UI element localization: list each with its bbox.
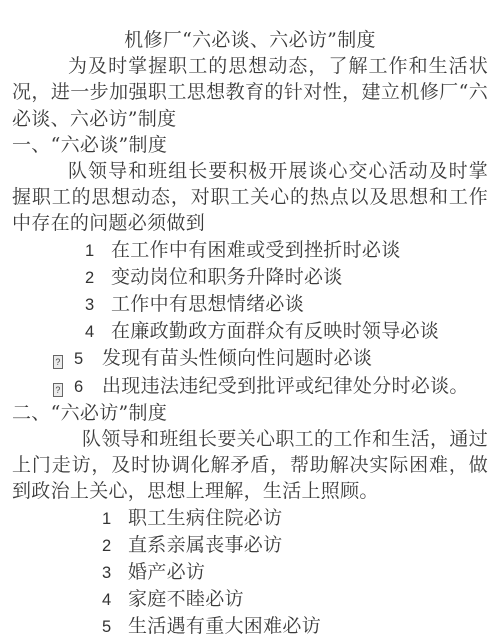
section1-body: 队领导和班组长要积极开展谈心交心活动及时掌握职工的思想动态，对职工关心的热点以及… (12, 158, 488, 237)
list-item: 2 直系亲属丧事必访 (12, 532, 488, 559)
item-text: 出现违法违纪受到批评或纪律处分时必谈。 (102, 373, 469, 399)
item-number: 6 (74, 374, 102, 400)
list-item: 5 生活遇有重大困难必访 (12, 613, 488, 637)
intro-paragraph: 为及时掌握职工的思想动态，了解工作和生活状况，进一步加强职工思想教育的针对性，建… (12, 53, 488, 132)
missing-glyph-box-icon: ? (53, 355, 63, 369)
item-number: 5 (74, 346, 102, 372)
list-item: 4 家庭不睦必访 (12, 586, 488, 613)
missing-glyph-box-icon: ? (53, 383, 63, 397)
list-item: ? 5 发现有苗头性倾向性问题时必谈 (12, 345, 488, 372)
item-number: 4 (102, 587, 128, 613)
item-text: 职工生病住院必访 (128, 505, 282, 531)
document-page: 机修厂“六必谈、六必访”制度 为及时掌握职工的思想动态，了解工作和生活状况，进一… (0, 0, 500, 637)
section1-heading: 一、“六必谈”制度 (12, 132, 488, 158)
section2-body: 队领导和班组长要关心职工的工作和生活，通过上门走访，及时协调化解矛盾，帮助解决实… (12, 426, 488, 505)
item-text: 生活遇有重大困难必访 (128, 613, 321, 637)
item-number: 2 (85, 265, 111, 291)
list-item: 3 工作中有思想情绪必谈 (12, 291, 488, 318)
section1-list: 1 在工作中有困难或受到挫折时必谈 2 变动岗位和职务升降时必谈 3 工作中有思… (12, 237, 488, 400)
item-text: 在廉政勤政方面群众有反映时领导必谈 (111, 318, 439, 344)
item-text: 变动岗位和职务升降时必谈 (111, 264, 343, 290)
section2-heading: 二、“六必访”制度 (12, 400, 488, 426)
item-number: 1 (102, 506, 128, 532)
document-title: 机修厂“六必谈、六必访”制度 (12, 27, 488, 53)
item-number: 3 (102, 560, 128, 586)
section2-list: 1 职工生病住院必访 2 直系亲属丧事必访 3 婚产必访 4 家庭不睦必访 5 … (12, 505, 488, 637)
item-number: 5 (102, 614, 128, 637)
item-text: 直系亲属丧事必访 (128, 532, 282, 558)
list-item: 3 婚产必访 (12, 559, 488, 586)
list-item: 2 变动岗位和职务升降时必谈 (12, 264, 488, 291)
item-text: 发现有苗头性倾向性问题时必谈 (102, 345, 372, 371)
list-item: 4 在廉政勤政方面群众有反映时领导必谈 (12, 318, 488, 345)
list-item: ? 6 出现违法违纪受到批评或纪律处分时必谈。 (12, 373, 488, 400)
item-text: 婚产必访 (128, 559, 205, 585)
list-item: 1 职工生病住院必访 (12, 505, 488, 532)
item-text: 工作中有思想情绪必谈 (111, 291, 304, 317)
item-number: 1 (85, 238, 111, 264)
list-item: 1 在工作中有困难或受到挫折时必谈 (12, 237, 488, 264)
item-number: 2 (102, 533, 128, 559)
item-text: 家庭不睦必访 (128, 586, 244, 612)
item-number: 3 (85, 292, 111, 318)
item-text: 在工作中有困难或受到挫折时必谈 (111, 237, 401, 263)
item-number: 4 (85, 319, 111, 345)
